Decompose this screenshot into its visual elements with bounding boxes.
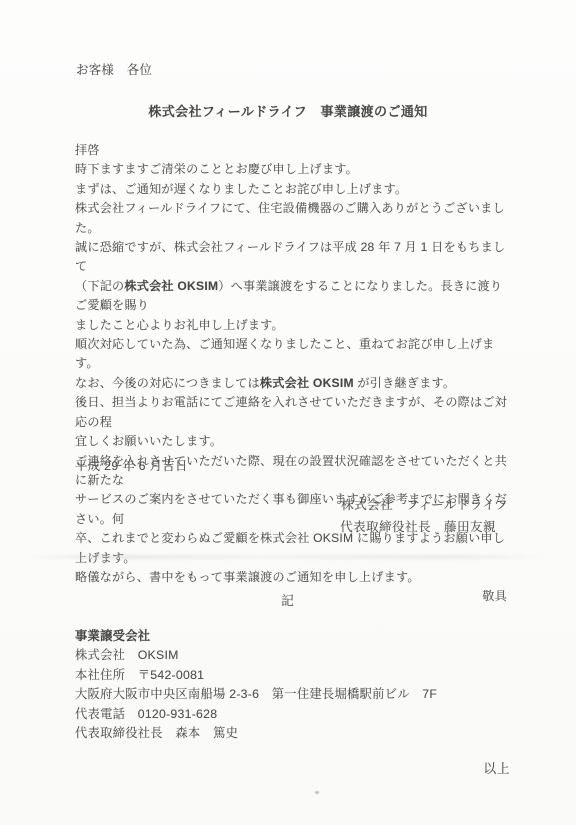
letter-body-line: 後日、担当よりお電話にてご連絡を入れさせていただきますが、その際はご対応の程 [75, 393, 513, 432]
transferee-company: 株式会社 OKSIM [75, 646, 515, 665]
line-text: まずは、ご通知が遅くなりましたことお詫び申し上げます。 [75, 182, 407, 196]
letter-body-line: 誠に恐縮ですが、株式会社フィールドライフは平成 28 年 7 月 1 日をもちま… [75, 238, 513, 277]
letter-body-line: 順次対応していた為、ご通知遅くなりましたこと、重ねてお詫び申し上げます。 [75, 335, 513, 374]
line-text: 略儀ながら、書中をもって事業譲渡のご通知を申し上げます。 [75, 570, 420, 584]
line-text: が引き継ぎます。 [354, 376, 455, 390]
company-name-bold: 株式会社 OKSIM [124, 279, 218, 293]
transferee-postal: 本社住所 〒542-0081 [75, 666, 515, 685]
line-text: 誠に恐縮ですが、株式会社フィールドライフは平成 28 年 7 月 1 日をもちま… [75, 240, 505, 273]
transferee-phone: 代表電話 0120-931-628 [75, 705, 515, 724]
letter-body-line: （下記の株式会社 OKSIM）へ事業譲渡をすることになりました。長きに渡りご愛顧… [75, 277, 513, 316]
letter-body-line: 時下ますますご清栄のこととお慶び申し上げます。 [75, 160, 513, 179]
record-mark-ki: 記 [0, 590, 576, 609]
line-text: （下記の [75, 279, 124, 293]
letter-date: 平成 29 年 6 月吉日 [75, 456, 188, 474]
line-text: 時下ますますご清栄のこととお慶び申し上げます。 [75, 162, 358, 176]
letter-body-line: 拝啓 [75, 141, 513, 160]
line-text: なお、今後の対応につきましては [75, 376, 260, 390]
end-mark-ijou: 以上 [483, 758, 510, 777]
letter-body-line: 宜しくお願いいたします。 [75, 432, 513, 451]
letter-body-line: なお、今後の対応につきましては株式会社 OKSIM が引き継ぎます。 [75, 374, 513, 393]
letter-body-line: ましたこと心よりお礼申し上げます。 [75, 316, 513, 335]
line-text: 宜しくお願いいたします。 [75, 434, 222, 448]
line-text: 株式会社フィールドライフにて、住宅設備機器のご購入ありがとうございました。 [75, 201, 505, 234]
transferee-info: 事業譲受会社 株式会社 OKSIM 本社住所 〒542-0081 大阪府大阪市中… [75, 627, 515, 743]
scan-speck-artifact [315, 791, 319, 794]
sender-company: 株式会社 フィールドライフ [340, 495, 508, 517]
sender-signature: 株式会社 フィールドライフ 代表取締役社長 藤田友親 [340, 495, 508, 538]
letter-body-line: 株式会社フィールドライフにて、住宅設備機器のご購入ありがとうございました。 [75, 199, 513, 238]
letter-body-line: まずは、ご通知が遅くなりましたことお詫び申し上げます。 [75, 180, 513, 199]
line-text: 拝啓 [75, 143, 100, 157]
line-text: ましたこと心よりお礼申し上げます。 [75, 318, 284, 332]
sender-president: 代表取締役社長 藤田友親 [340, 517, 508, 539]
letter-body-line: 略儀ながら、書中をもって事業譲渡のご通知を申し上げます。 [75, 568, 513, 587]
transferee-address: 大阪府大阪市中央区南船場 2-3-6 第一住建長堀橋駅前ビル 7F [75, 685, 515, 704]
company-name-bold: 株式会社 OKSIM [260, 376, 354, 390]
line-text: 後日、担当よりお電話にてご連絡を入れさせていただきますが、その際はご対応の程 [75, 395, 507, 428]
line-text: 順次対応していた為、ご通知遅くなりましたこと、重ねてお詫び申し上げます。 [75, 337, 494, 370]
letter-title: 株式会社フィールドライフ 事業譲渡のご通知 [0, 101, 576, 120]
transferee-president: 代表取締役社長 森本 篤史 [75, 724, 515, 743]
transferee-heading: 事業譲受会社 [75, 627, 515, 646]
scan-fold-streak-artifact [25, 555, 550, 559]
recipient-line: お客様 各位 [76, 60, 152, 78]
scanned-letter-page: お客様 各位 株式会社フィールドライフ 事業譲渡のご通知 拝啓 時下ますますご清… [0, 0, 576, 825]
